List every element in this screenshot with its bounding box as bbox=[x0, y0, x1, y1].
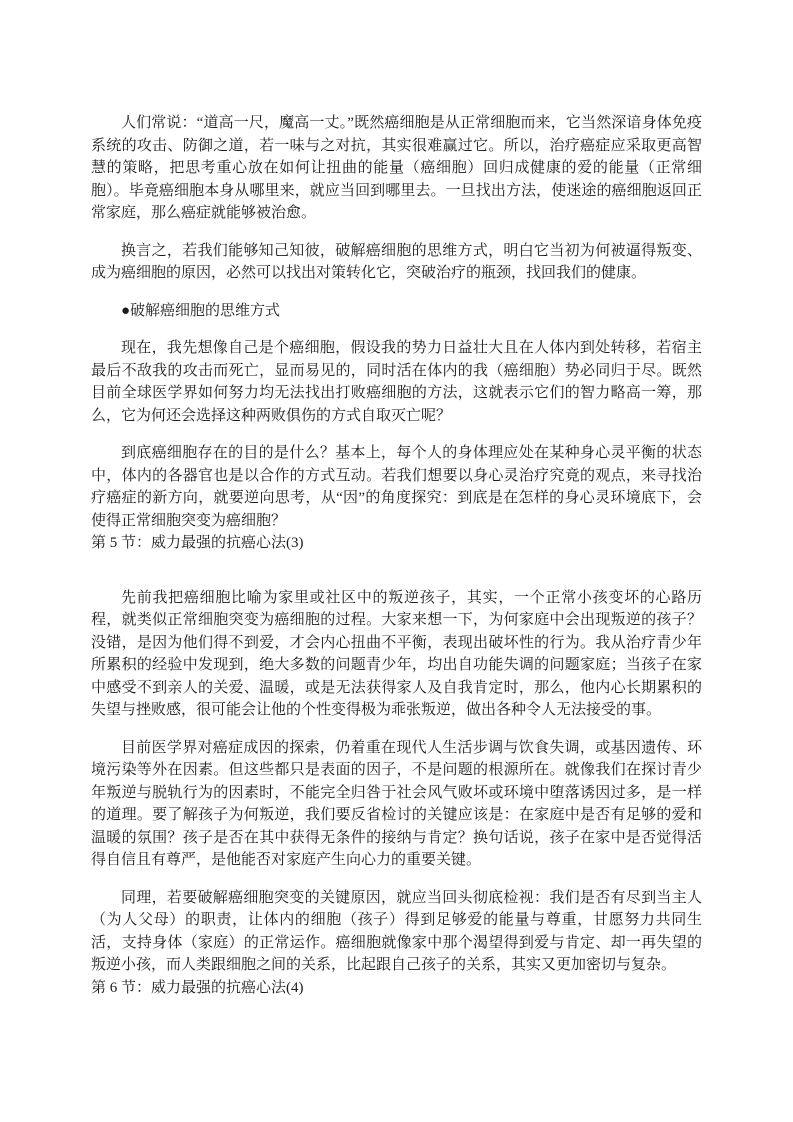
paragraph-4: 到底癌细胞存在的目的是什么？基本上，每个人的身体理应处在某种身心灵平衡的状态中，… bbox=[91, 442, 702, 532]
paragraph-6: 目前医学界对癌症成因的探索，仍着重在现代人生活步调与饮食失调，或基因遗传、环境污… bbox=[91, 737, 702, 872]
bullet-heading: ●破解癌细胞的思维方式 bbox=[91, 300, 702, 323]
paragraph-3: 现在，我先想像自己是个癌细胞，假设我的势力日益壮大且在人体内到处转移，若宿主最后… bbox=[91, 337, 702, 427]
paragraph-2: 换言之，若我们能够知己知彼，破解癌细胞的思维方式，明白它当初为何被逼得叛变、成为… bbox=[91, 240, 702, 285]
document-page: 人们常说：“道高一尺，魔高一丈。”既然癌细胞是从正常细胞而来，它当然深谙身体免疫… bbox=[0, 0, 793, 1122]
text-content: 人们常说：“道高一尺，魔高一丈。”既然癌细胞是从正常细胞而来，它当然深谙身体免疫… bbox=[91, 112, 702, 999]
paragraph-7: 同理，若要破解癌细胞突变的关键原因，就应当回头彻底检视：我们是否有尽到当主人（为… bbox=[91, 887, 702, 977]
section-6-title: 第 6 节：威力最强的抗癌心法(4) bbox=[91, 977, 702, 1000]
paragraph-1: 人们常说：“道高一尺，魔高一丈。”既然癌细胞是从正常细胞而来，它当然深谙身体免疫… bbox=[91, 112, 702, 225]
section-5-title: 第 5 节：威力最强的抗癌心法(3) bbox=[91, 532, 702, 555]
paragraph-5: 先前我把癌细胞比喻为家里或社区中的叛逆孩子，其实，一个正常小孩变坏的心路历程，就… bbox=[91, 587, 702, 722]
